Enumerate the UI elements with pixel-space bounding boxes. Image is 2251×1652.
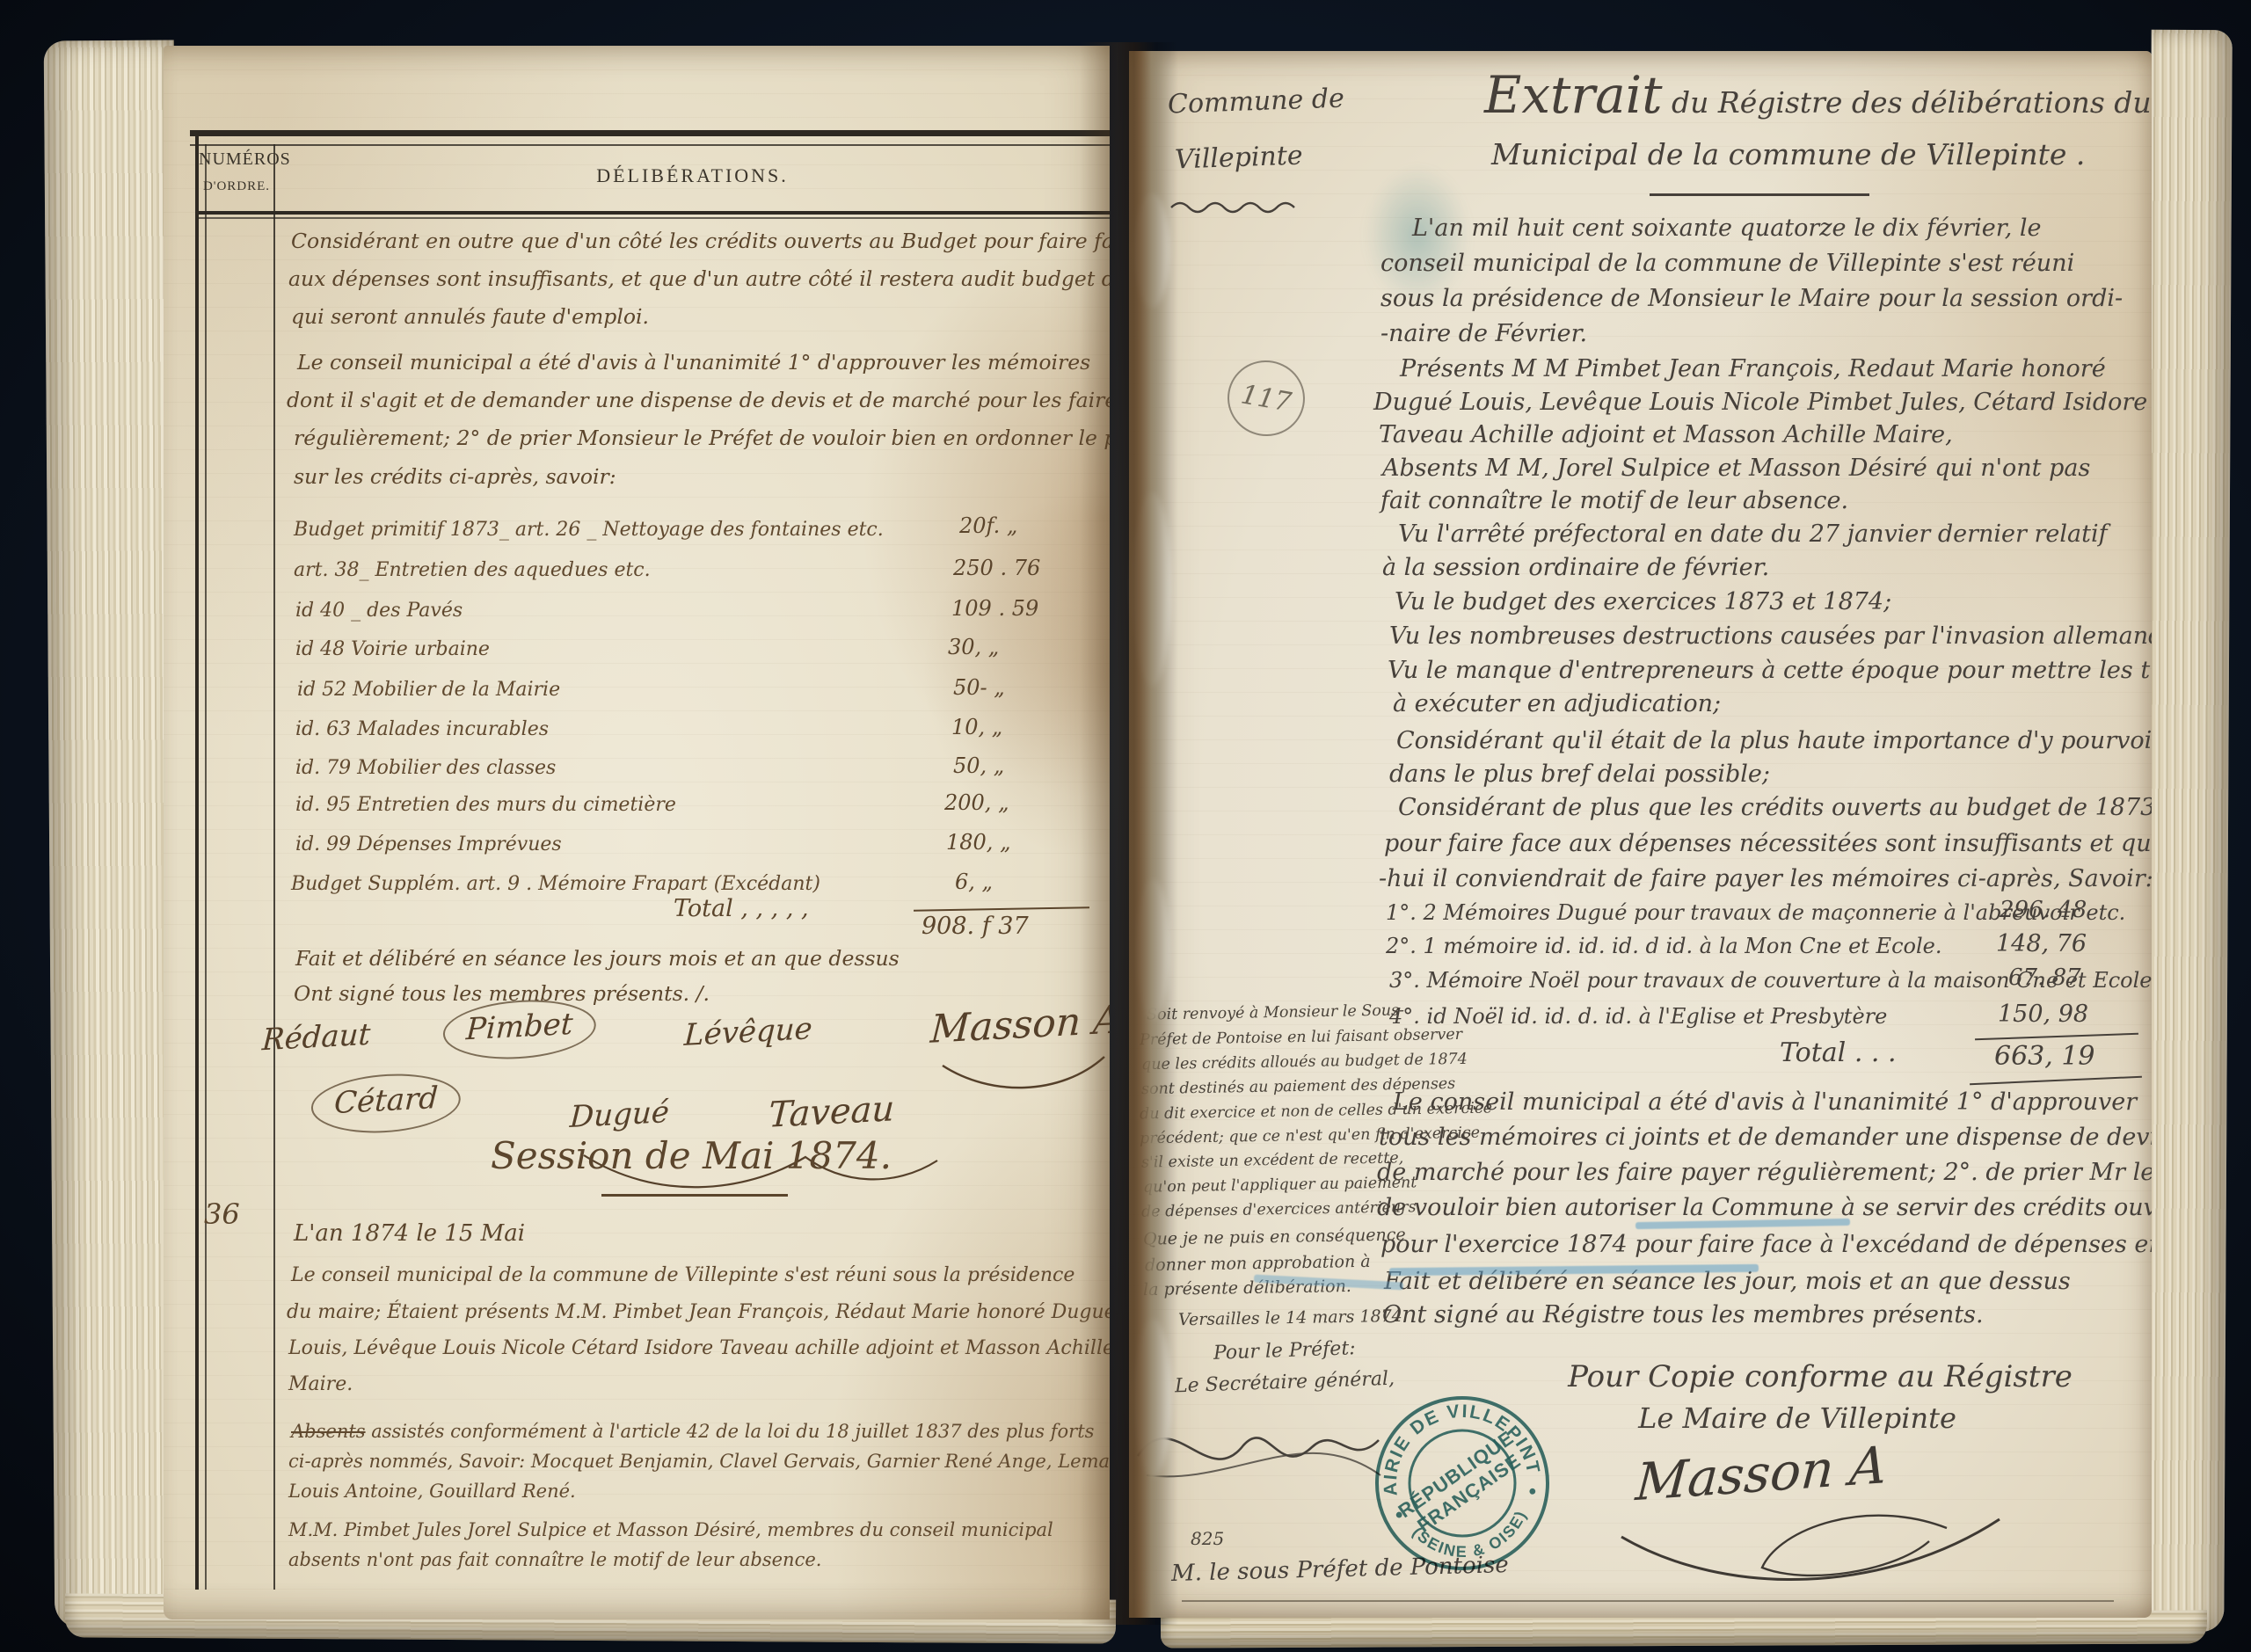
book-fore-edge-right <box>2143 30 2233 1632</box>
deliberation-line: dont il s'agit et de demander une dispen… <box>287 388 1110 412</box>
deliberation-line: M.M. Pimbet Jules Jorel Sulpice et Masso… <box>288 1519 1053 1540</box>
copy-certification-line: Le Maire de Villepinte <box>1638 1401 1956 1435</box>
budget-row-label: art. 38_ Entretien des aquedues etc. <box>294 559 651 581</box>
extract-title-line: Municipal de la commune de Villepinte . <box>1491 137 2085 171</box>
frame-left-inner-rule <box>205 144 207 1590</box>
title-lead-word: Extrait <box>1484 65 1663 125</box>
deliberation-line: Considérant en outre que d'un côté les c… <box>291 229 1110 253</box>
mairie-villepinte-stamp-icon: MAIRIE DE VILLEPINTE (SEINE & OISE) RÉPU… <box>1353 1374 1571 1592</box>
page-bottom-rule <box>1182 1600 2114 1602</box>
deliberation-line: conseil municipal de la commune de Ville… <box>1380 250 2074 277</box>
deliberation-line: de marché pour les faire payer régulière… <box>1377 1159 2152 1186</box>
budget-row-label: Budget primitif 1873_ art. 26 _ Nettoyag… <box>294 519 884 541</box>
budget-row-amount: 50- „ <box>953 675 1005 700</box>
deliberation-line: Ont signé au Régistre tous les membres p… <box>1382 1301 1984 1328</box>
frame-left-rule <box>195 130 199 1590</box>
column-divider-rule <box>273 144 275 1590</box>
copy-certification-line: Pour Copie conforme au Régistre <box>1568 1359 2073 1394</box>
entry-date-line: L'an 1874 le 15 Mai <box>294 1220 525 1247</box>
deliberation-line: sur les crédits ci-après, savoir: <box>294 464 616 489</box>
deliberation-line: Vu l'arrêté préfectoral en date du 27 ja… <box>1398 520 2108 548</box>
left-page: NUMÉROS D'ORDRE. DÉLIBÉRATIONS. Considér… <box>164 46 1110 1619</box>
deliberation-line: qui seront annulés faute d'emploi. <box>291 304 649 329</box>
deliberation-line: régulièrement; 2° de prier Monsieur le P… <box>294 426 1110 450</box>
ordre-header: D'ORDRE. <box>199 179 274 194</box>
session-rule <box>601 1194 788 1197</box>
struck-word: Absents <box>291 1421 366 1442</box>
deliberation-line: pour faire face aux dépenses nécessitées… <box>1384 830 2152 857</box>
memoire-row-label: 2°. 1 mémoire id. id. id. d id. à la Mon… <box>1386 934 1941 958</box>
deliberation-line: Maire. <box>288 1373 353 1395</box>
signature-redaut: Rédaut <box>261 1017 371 1059</box>
title-rule <box>1650 193 1869 196</box>
margin-heading-squiggle <box>1168 197 1326 220</box>
budget-row-label: id 52 Mobilier de la Mairie <box>297 679 560 701</box>
deliberation-line: Vu le budget des exercices 1873 et 1874; <box>1395 588 1891 615</box>
deliberation-line: aux dépenses sont insuffisants, et que d… <box>288 266 1110 291</box>
memoire-row-amount: 148, 76 <box>1996 930 2087 957</box>
extract-title-line: Extrait du Régistre des délibérations du… <box>1484 65 2152 125</box>
budget-row-label: id. 95 Entretien des murs du cimetière <box>295 794 676 816</box>
deliberation-line: Taveau Achille adjoint et Masson Achille… <box>1379 421 1953 448</box>
budget-row-amount: 109 . 59 <box>951 596 1038 621</box>
deliberation-line: L'an mil huit cent soixante quatorze le … <box>1412 215 2041 242</box>
deliberation-line: fait connaître le motif de leur absence. <box>1380 487 1848 514</box>
signature-leveque: Lévêque <box>683 1011 813 1053</box>
header-separator-rule <box>195 211 1110 215</box>
deliberation-line: Fait et délibéré en séance les jours moi… <box>295 946 900 971</box>
deliberation-line: Présents M M Pimbet Jean François, Redau… <box>1400 355 2106 382</box>
budget-row-label: id 40 _ des Pavés <box>295 600 463 622</box>
deliberation-line: Le conseil municipal a été d'avis à l'un… <box>1393 1088 2137 1116</box>
deliberation-line: à exécuter en adjudication; <box>1393 690 1721 717</box>
budget-row-amount: 250 . 76 <box>953 556 1040 580</box>
mayor-signature-flourish <box>1604 1502 2026 1598</box>
memoire-row-label: 4°. id Noël id. id. d. id. à l'Eglise et… <box>1389 1004 1887 1029</box>
frame-top-inner-rule <box>190 144 1110 146</box>
signature-taveau: Taveau <box>768 1088 896 1136</box>
deliberation-line: absents n'ont pas fait connaître le moti… <box>288 1549 821 1570</box>
budget-row-amount: 10, „ <box>951 715 1002 739</box>
order-number: 36 <box>204 1197 240 1231</box>
commune-margin-heading: Villepinte <box>1174 140 1303 175</box>
masson-signature-flourish <box>937 1048 1110 1101</box>
deliberation-line: Le conseil municipal a été d'avis à l'un… <box>297 350 1090 375</box>
numeros-header: NUMÉROS <box>199 149 274 170</box>
deliberation-line: -naire de Février. <box>1380 320 1587 347</box>
deliberation-line: ci-après nommés, Savoir: Mocquet Benjami… <box>288 1451 1110 1472</box>
deliberation-line: de vouloir bien autoriser la Commune à s… <box>1377 1194 2152 1221</box>
budget-row-label: id 48 Voirie urbaine <box>295 638 490 660</box>
memoire-row-amount: 296. 48 <box>2000 897 2087 923</box>
side-number: 825 <box>1191 1528 1224 1549</box>
deliberation-line: à la session ordinaire de février. <box>1382 554 1769 581</box>
deliberation-line: Vu le manque d'entrepreneurs à cette épo… <box>1388 657 2152 684</box>
deliberation-line: Considérant qu'il était de la plus haute… <box>1396 727 2152 754</box>
deliberation-line: Considérant de plus que les crédits ouve… <box>1398 794 2152 821</box>
budget-row-label: id. 99 Dépenses Imprévues <box>295 833 562 855</box>
budget-row-amount: 20f. „ <box>959 513 1017 538</box>
deliberation-line: -hui il conviendrait de faire payer les … <box>1379 865 2152 892</box>
deliberation-line: dans le plus bref delai possible; <box>1389 761 1770 788</box>
frame-top-rule <box>190 130 1110 136</box>
deliberations-header: DÉLIBÉRATIONS. <box>275 164 1110 187</box>
budget-row-amount: 50, „ <box>953 753 1004 778</box>
commune-margin-heading: Commune de <box>1167 84 1344 120</box>
deliberation-line: du maire; Étaient présents M.M. Pimbet J… <box>287 1301 1110 1323</box>
deliberation-line: Absents assistés conformément à l'articl… <box>291 1421 1094 1442</box>
budget-row-label: Budget Supplém. art. 9 . Mémoire Frapart… <box>291 873 820 895</box>
budget-row-label: id. 79 Mobilier des classes <box>295 757 556 779</box>
right-page: Commune de Villepinte Extrait du Régistr… <box>1129 51 2152 1618</box>
deliberation-line: Louis, Lévêque Louis Nicole Cétard Isido… <box>288 1337 1110 1359</box>
prefecture-margin-note-line: donner mon approbation à <box>1145 1252 1371 1275</box>
deliberation-line: Absents M M, Jorel Sulpice et Masson Dés… <box>1382 455 2090 482</box>
torn-gutter-edge <box>1129 51 1169 1618</box>
prefecture-margin-note-line: Versailles le 14 mars 1874. <box>1178 1306 1408 1330</box>
budget-row-amount: 30, „ <box>948 635 999 659</box>
signature-masson: Masson A <box>929 997 1110 1052</box>
total-amount: 908. f 37 <box>922 913 1029 940</box>
budget-row-amount: 180, „ <box>946 830 1011 855</box>
deliberation-line: Louis Antoine, Gouillard René. <box>288 1481 576 1502</box>
signature-dugue: Dugué <box>569 1095 670 1135</box>
register-photo: NUMÉROS D'ORDRE. DÉLIBÉRATIONS. Considér… <box>0 0 2251 1652</box>
budget-row-label: id. 63 Malades incurables <box>295 718 549 740</box>
deliberation-line: tous les mémoires ci joints et de demand… <box>1379 1124 2152 1151</box>
header-separator-inner-rule <box>195 217 1110 219</box>
deliberation-line: sous la présidence de Monsieur le Maire … <box>1380 285 2123 312</box>
memoire-row-amount: 67. 87 <box>2008 964 2081 991</box>
budget-row-amount: 200, „ <box>944 790 1009 815</box>
session-heading: Session de Mai 1874. <box>491 1134 892 1177</box>
deliberation-line: Vu les nombreuses destructions causées p… <box>1389 622 2152 650</box>
memoire-total-amount: 663, 19 <box>1994 1041 2095 1072</box>
total-label: Total , , , , , <box>674 895 809 922</box>
memoire-total-label: Total . . . <box>1780 1037 1897 1068</box>
deliberation-line: Le conseil municipal de la commune de Vi… <box>291 1264 1075 1286</box>
deliberation-line: Dugué Louis, Levêque Louis Nicole Pimbet… <box>1373 389 2147 416</box>
deliberation-line: pour l'exercice 1874 pour faire face à l… <box>1380 1231 2152 1258</box>
budget-row-amount: 6, „ <box>955 870 993 894</box>
memoire-row-amount: 150, 98 <box>1998 1001 2088 1028</box>
